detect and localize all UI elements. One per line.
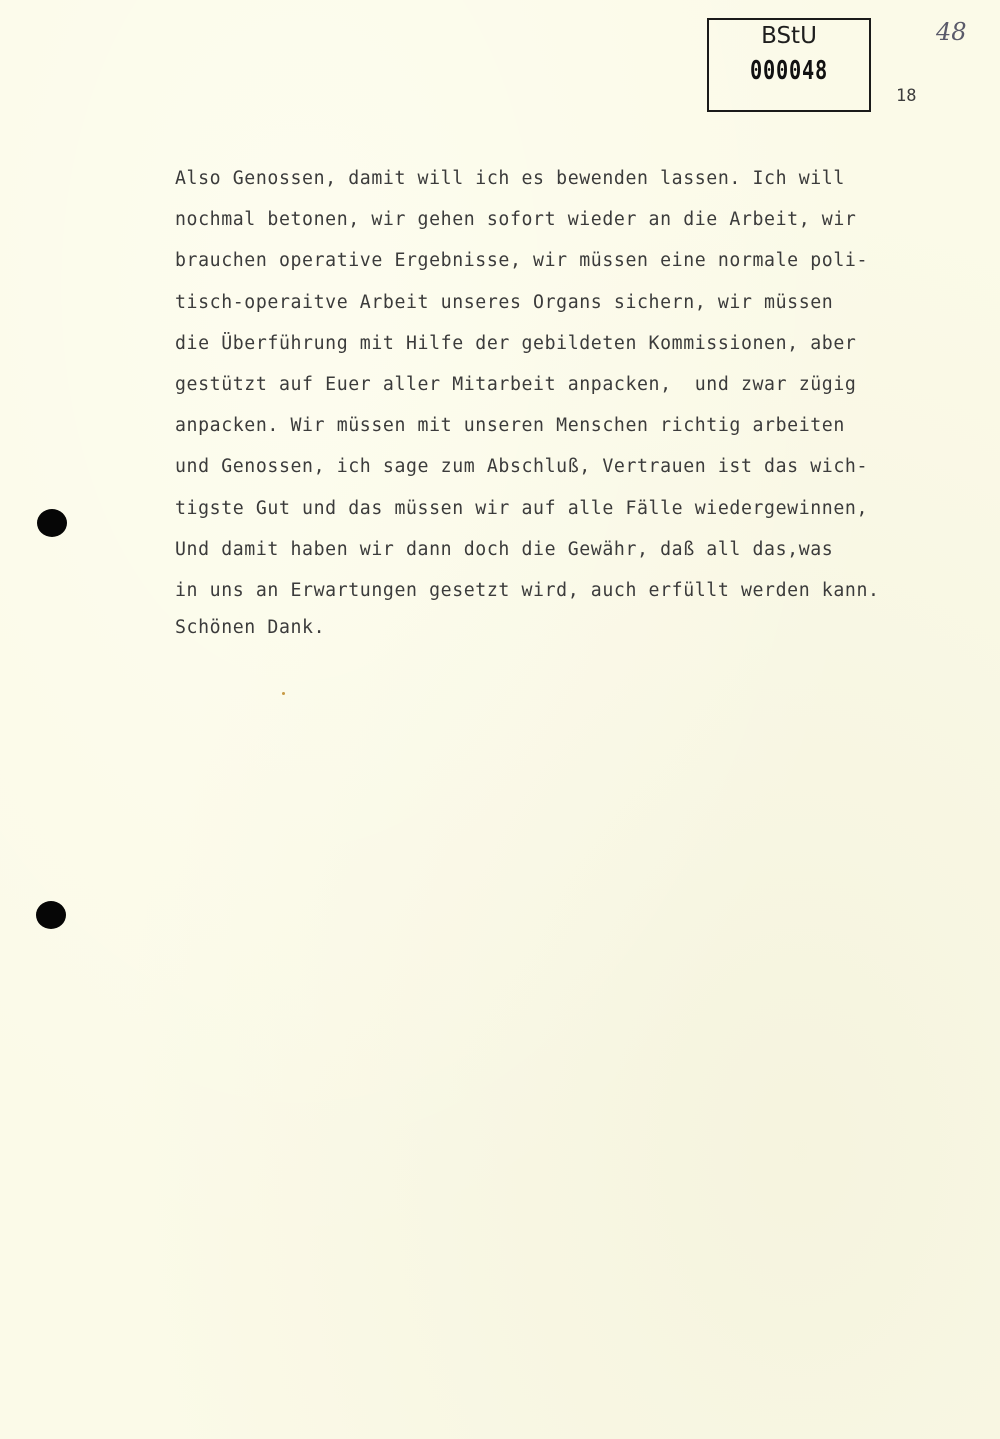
text-line: in uns an Erwartungen gesetzt wird, auch… xyxy=(175,578,880,619)
text-line: gestützt auf Euer aller Mitarbeit anpack… xyxy=(175,372,880,413)
document-body: Also Genossen, damit will ich es bewende… xyxy=(175,166,880,645)
text-line: tisch-operaitve Arbeit unseres Organs si… xyxy=(175,290,880,331)
text-line: und Genossen, ich sage zum Abschluß, Ver… xyxy=(175,454,880,495)
paper-speck xyxy=(282,692,285,695)
punch-hole-icon xyxy=(37,509,67,537)
handwritten-page-number: 48 xyxy=(936,18,967,46)
text-line: Also Genossen, damit will ich es bewende… xyxy=(175,166,880,207)
text-line-closing: Schönen Dank. xyxy=(175,615,880,645)
archive-stamp: BStU 000048 xyxy=(707,18,871,112)
stamp-number: 000048 xyxy=(727,56,852,86)
page-number: 18 xyxy=(896,86,916,106)
text-line: Und damit haben wir dann doch die Gewähr… xyxy=(175,537,880,578)
text-line: tigste Gut und das müssen wir auf alle F… xyxy=(175,496,880,537)
punch-hole-icon xyxy=(36,901,66,929)
text-line: nochmal betonen, wir gehen sofort wieder… xyxy=(175,207,880,248)
text-line: anpacken. Wir müssen mit unseren Mensche… xyxy=(175,413,880,454)
text-line: die Überführung mit Hilfe der gebildeten… xyxy=(175,331,880,372)
text-line: brauchen operative Ergebnisse, wir müsse… xyxy=(175,248,880,289)
stamp-title: BStU xyxy=(709,23,869,49)
